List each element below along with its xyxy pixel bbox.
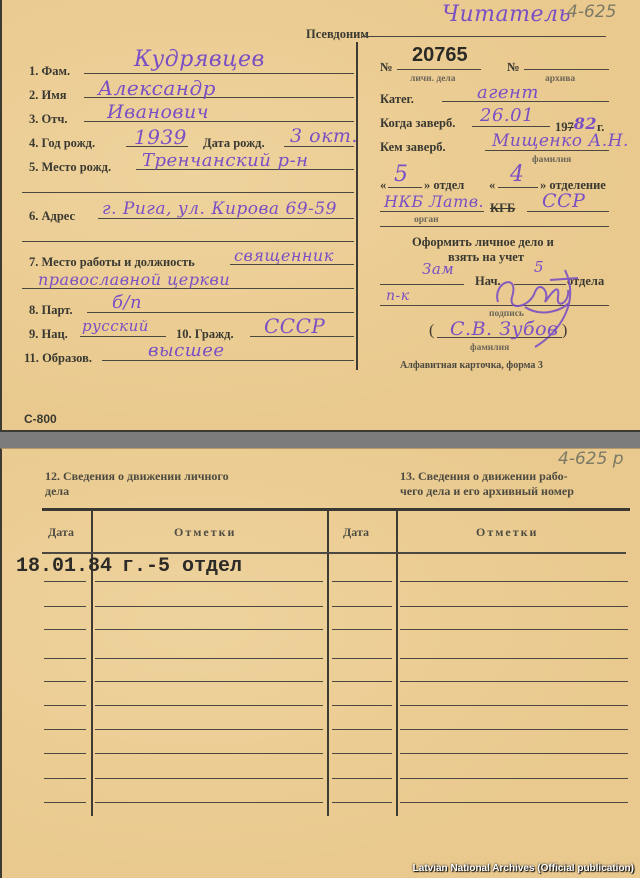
field-education-value: высшее — [148, 340, 225, 361]
field-line — [380, 211, 484, 212]
pseudonym-line — [361, 36, 606, 37]
column-header-notes-12: Отметки — [174, 525, 236, 540]
corner-archive-number: 4-625 — [567, 2, 616, 22]
field-workplace-value-2: православной церкви — [38, 270, 230, 289]
personal-file-no-sign: № — [380, 60, 393, 75]
category-label: Катег. — [380, 92, 414, 107]
field-birthplace-label: 5. Место рожд. — [29, 160, 111, 175]
column-header-date-13: Дата — [343, 525, 369, 540]
dept-label: » отдел — [424, 178, 464, 193]
table-column-rule — [396, 510, 398, 816]
field-line — [380, 226, 609, 227]
recruiter-label: Кем заверб. — [380, 140, 446, 155]
form-code: С-800 — [24, 412, 57, 426]
category-value: агент — [477, 82, 539, 103]
source-watermark: Latvian National Archives (Official publ… — [413, 863, 634, 874]
kgb-label: КГБ — [490, 201, 515, 216]
field-citizenship-value: СССР — [264, 314, 325, 338]
archive-no-sign: № — [507, 60, 520, 75]
field-address-label: 6. Адрес — [29, 209, 75, 224]
section-value: 4 — [510, 162, 525, 187]
column-header-notes-13: Отметки — [476, 525, 538, 540]
signer-surname-caption: фамилия — [470, 343, 509, 353]
recruited-date-value: 26.01 — [480, 105, 534, 126]
field-line — [498, 187, 538, 188]
field-nationality-value: русский — [82, 317, 149, 335]
recruited-date-label: Когда заверб. — [380, 116, 455, 131]
back-corner-archive-number: 4-625 р — [558, 449, 624, 469]
field-education-label: 11. Образов. — [24, 351, 92, 366]
form-title: Алфавитная карточка, форма 3 — [400, 360, 543, 371]
field-patronymic-label: 3. Отч. — [29, 112, 68, 127]
field-name-value: Александр — [98, 76, 216, 100]
field-birthplace-value: Тренчанский р-н — [142, 150, 309, 171]
instruction-line-1: Оформить личное дело и — [412, 235, 554, 250]
field-nationality-label: 9. Нац. — [29, 327, 68, 342]
pseudonym-value: Читатель — [442, 2, 571, 27]
table-column-rule — [327, 510, 329, 816]
section-12-heading: 12. Сведения о движении личного дела — [45, 469, 229, 499]
signer-open-paren: ( — [429, 322, 434, 340]
field-line — [80, 336, 166, 337]
section-open-quote: « — [489, 178, 495, 193]
signer-close-paren: ) — [562, 322, 567, 340]
pseudonym-label: Псевдоним — [306, 27, 369, 42]
table-row-1-date: 18.01.84 — [16, 555, 112, 578]
ssr-value: ССР — [542, 190, 585, 212]
field-birth-date-label: Дата рожд. — [203, 136, 265, 151]
rank-value: п-к — [386, 288, 410, 304]
dept-value: 5 — [394, 162, 409, 187]
field-surname-value: Кудрявцев — [134, 47, 265, 72]
personal-file-caption: личн. дела — [410, 74, 456, 84]
field-workplace-label: 7. Место работы и должность — [29, 255, 195, 270]
field-line — [472, 126, 550, 127]
field-name-label: 2. Имя — [29, 88, 67, 103]
recruiter-surname-caption: фамилия — [532, 155, 571, 165]
field-party-value: б/п — [112, 292, 142, 313]
field-party-label: 8. Парт. — [29, 303, 73, 318]
field-birth-year-value: 1939 — [134, 125, 187, 149]
table-top-rule — [42, 508, 630, 511]
card-front: Псевдоним Читатель 4-625 1. Фам. Кудрявц… — [0, 0, 640, 432]
field-line — [388, 187, 422, 188]
organ-caption: орган — [414, 215, 439, 225]
field-address-value: г. Рига, ул. Кирова 69-59 — [102, 199, 337, 219]
field-birth-date-value: 3 окт. — [290, 125, 358, 147]
field-line — [22, 192, 354, 193]
field-line — [84, 73, 354, 74]
personal-file-number: 20765 — [412, 44, 468, 67]
field-birth-year-label: 4. Год рожд. — [29, 136, 95, 151]
card-back: 4-625 р 12. Сведения о движении личного … — [0, 448, 640, 878]
table-header-rule — [42, 552, 626, 554]
field-line — [524, 69, 609, 70]
field-line — [380, 284, 464, 285]
field-line — [102, 360, 354, 361]
field-line — [397, 69, 481, 70]
field-patronymic-value: Иванович — [107, 101, 209, 123]
archive-caption: архива — [545, 74, 575, 84]
recruiter-value: Мищенко А.Н. — [492, 131, 629, 151]
field-workplace-value: священник — [234, 246, 334, 265]
column-header-date-12: Дата — [48, 525, 74, 540]
field-line — [22, 241, 354, 242]
field-surname-label: 1. Фам. — [29, 64, 70, 79]
organ-value: НКБ Латв. — [384, 192, 484, 211]
signer-name: С.В. Зубов — [450, 318, 559, 340]
column-divider — [356, 42, 358, 370]
signature-prefix: Зам — [422, 260, 454, 278]
dept-open-quote: « — [380, 178, 386, 193]
section-13-heading: 13. Сведения о движении рабо- чего дела … — [400, 469, 630, 499]
table-row-1-note: г.-5 отдел — [122, 555, 242, 578]
